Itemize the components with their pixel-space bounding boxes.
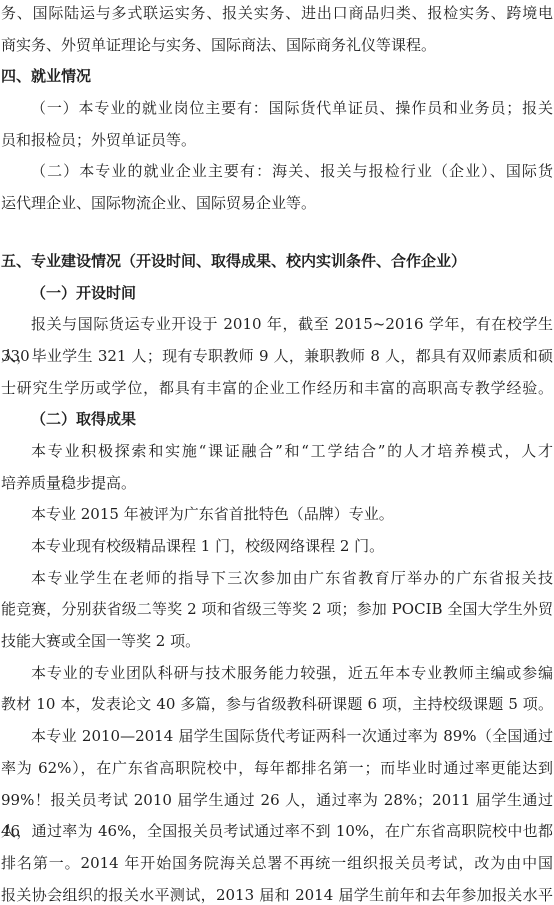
paragraph-line: 员和报检员；外贸单证员等。: [1, 125, 553, 157]
document-page: 务、国际陆运与多式联运实务、报关实务、进出口商品归类、报检实务、跨境电商实务、外…: [0, 0, 554, 905]
paragraph-line: 本专业积极探索和实施“课证融合”和“工学结合”的人才培养模式，人才: [1, 436, 553, 468]
section-gap: [1, 220, 553, 246]
paragraph-line: 本专业的专业团队科研与技术服务能力较强，近五年本专业教师主编或参编: [1, 658, 553, 690]
paragraph-line: 能竞赛，分别获省级二等奖 2 项和省级三等奖 2 项；参加 POCIB 全国大学…: [1, 594, 553, 626]
paragraph-line: 报关协会组织的报关水平测试，2013 届和 2014 届学生前年和去年参加报关水…: [1, 880, 553, 905]
paragraph-line: 务、国际陆运与多式联运实务、报关实务、进出口商品归类、报检实务、跨境电: [1, 0, 553, 30]
paragraph-line: 士研究生学历或学位，都具有丰富的企业工作经历和丰富的高职高专教学经验。: [1, 373, 553, 405]
section-heading-employment: 四、就业情况: [1, 61, 553, 93]
subsection-heading-achievements: （二）取得成果: [1, 404, 553, 436]
section-heading-construction: 五、专业建设情况（开设时间、取得成果、校内实训条件、合作企业）: [1, 246, 553, 278]
paragraph-line: 本专业现有校级精品课程 1 门，校级网络课程 2 门。: [1, 531, 553, 563]
paragraph-line: 人，毕业学生 321 人；现有专职教师 9 人，兼职教师 8 人，都具有双师素质…: [1, 341, 553, 373]
paragraph-line: （一）本专业的就业岗位主要有：国际货代单证员、操作员和业务员；报关: [1, 93, 553, 125]
paragraph-line: 培养质量稳步提高。: [1, 468, 553, 500]
paragraph-line: 99%！报关员考试 2010 届学生通过 26 人，通过率为 28%；2011 …: [1, 785, 553, 817]
paragraph-line: 率为 62%），在广东省高职院校中，每年都排名第一；而毕业时通过率更能达到: [1, 753, 553, 785]
paragraph-line: 技能大赛或全国一等奖 2 项。: [1, 626, 553, 658]
paragraph-line: 报关与国际货运专业开设于 2010 年，截至 2015~2016 学年，有在校学…: [1, 309, 553, 341]
subsection-heading-opening-time: （一）开设时间: [1, 278, 553, 310]
paragraph-line: 商实务、外贸单证理论与实务、国际商法、国际商务礼仪等课程。: [1, 30, 553, 62]
paragraph-line: 本专业 2015 年被评为广东省首批特色（品牌）专业。: [1, 499, 553, 531]
paragraph-line: 运代理企业、国际物流企业、国际贸易企业等。: [1, 188, 553, 220]
paragraph-line: 人，通过率为 46%，全国报关员考试通过率不到 10%，在广东省高职院校中也都: [1, 816, 553, 848]
paragraph-line: 本专业 2010—2014 届学生国际货代考证两科一次通过率为 89%（全国通过: [1, 721, 553, 753]
document-lines: 务、国际陆运与多式联运实务、报关实务、进出口商品归类、报检实务、跨境电商实务、外…: [0, 0, 554, 905]
paragraph-line: 本专业学生在老师的指导下三次参加由广东省教育厅举办的广东省报关技: [1, 563, 553, 595]
paragraph-line: 教材 10 本，发表论文 40 多篇，参与省级教科研课题 6 项，主持校级课题 …: [1, 689, 553, 721]
paragraph-line: 排名第一。2014 年开始国务院海关总署不再统一组织报关员考试，改为由中国: [1, 848, 553, 880]
paragraph-line: （二）本专业的就业企业主要有：海关、报关与报检行业（企业）、国际货: [1, 156, 553, 188]
